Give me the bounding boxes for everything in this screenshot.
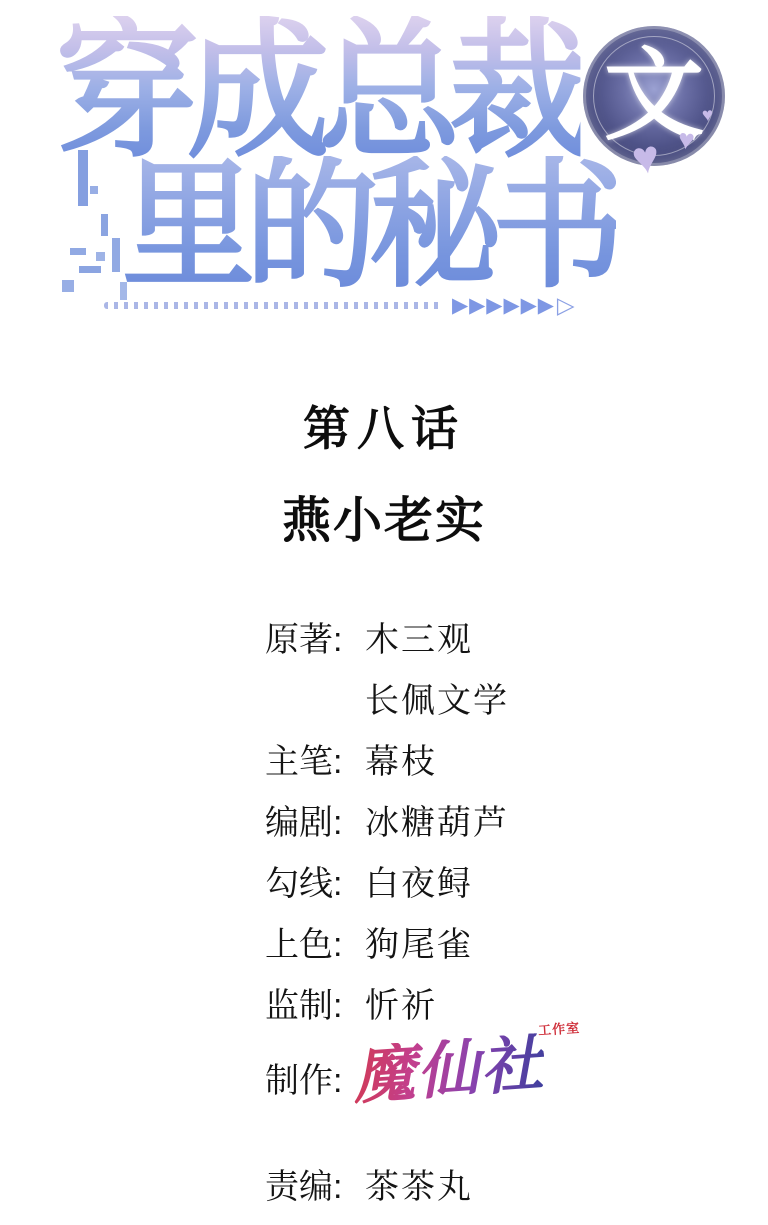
credit-row-supervisor: 监制: 忻祈 [265, 972, 545, 1033]
credit-row-lineart: 勾线: 白夜鲟 [265, 850, 545, 911]
series-logo: 穿成总裁 里的秘书 文 ♥ ♥ ♥ ▶▶▶▶▶▶ ▷ [0, 0, 768, 330]
series-title-line1: 穿成总裁 [56, 16, 580, 166]
pixel-decoration [70, 248, 86, 255]
series-title-line2: 里的秘书 [122, 156, 616, 296]
credit-row-production-studio: 制作: 魔仙社 工作室 [265, 1033, 545, 1121]
heart-icon: ♥ [701, 106, 714, 126]
credits-list: 原著: 木三观 长佩文学 主笔: 幕枝 编剧: 冰糖葫芦 勾线: 白夜鲟 上色:… [265, 606, 545, 1214]
pixel-decoration [101, 214, 108, 236]
studio-logo: 魔仙社 工作室 [351, 1033, 547, 1108]
pixel-decoration [90, 186, 98, 194]
pixel-decoration [79, 266, 101, 273]
chapter-number: 第八话 [0, 392, 768, 459]
credit-name: 茶茶丸 [365, 1159, 473, 1208]
credit-label: 责编: [265, 1159, 365, 1208]
chapter-title: 燕小老实 [0, 482, 768, 552]
credit-name: 白夜鲟 [365, 856, 473, 905]
credit-name: 冰糖葫芦 [365, 795, 509, 844]
credit-row-screenwriter: 编剧: 冰糖葫芦 [265, 789, 545, 850]
credit-label: 原著: [265, 612, 365, 661]
credit-name: 木三观 [365, 612, 473, 661]
credit-label: 制作: [265, 1053, 353, 1102]
studio-tag-seal: 工作室 [538, 1022, 581, 1038]
pixel-decoration [112, 238, 120, 272]
dotted-arrow-divider: ▶▶▶▶▶▶ ▷ [104, 292, 590, 318]
credit-name: 幕枝 [365, 734, 437, 783]
credit-label: 监制: [265, 978, 365, 1027]
credit-label: 编剧: [265, 795, 365, 844]
credit-row-original-author: 原著: 木三观 [265, 606, 545, 667]
arrow-outline-icon: ▷ [557, 294, 575, 317]
credit-label: 主笔: [265, 734, 365, 783]
heart-icon: ♥ [677, 125, 696, 155]
credit-label: 上色: [265, 917, 365, 966]
credit-label: 勾线: [265, 856, 365, 905]
arrow-icons: ▶▶▶▶▶▶ [452, 295, 555, 316]
credit-name: 狗尾雀 [365, 917, 473, 966]
studio-name: 魔仙社 [350, 1027, 547, 1113]
credit-name: 忻祈 [365, 978, 437, 1027]
credit-row-lead-artist: 主笔: 幕枝 [265, 728, 545, 789]
credit-name: 长佩文学 [365, 673, 509, 722]
pixel-decoration [96, 252, 105, 261]
credit-row-editor: 责编: 茶茶丸 [265, 1153, 545, 1214]
dotted-line [104, 302, 444, 309]
credit-row-literature-platform: 长佩文学 [265, 667, 545, 728]
pixel-decoration [62, 280, 74, 292]
credit-row-coloring: 上色: 狗尾雀 [265, 911, 545, 972]
